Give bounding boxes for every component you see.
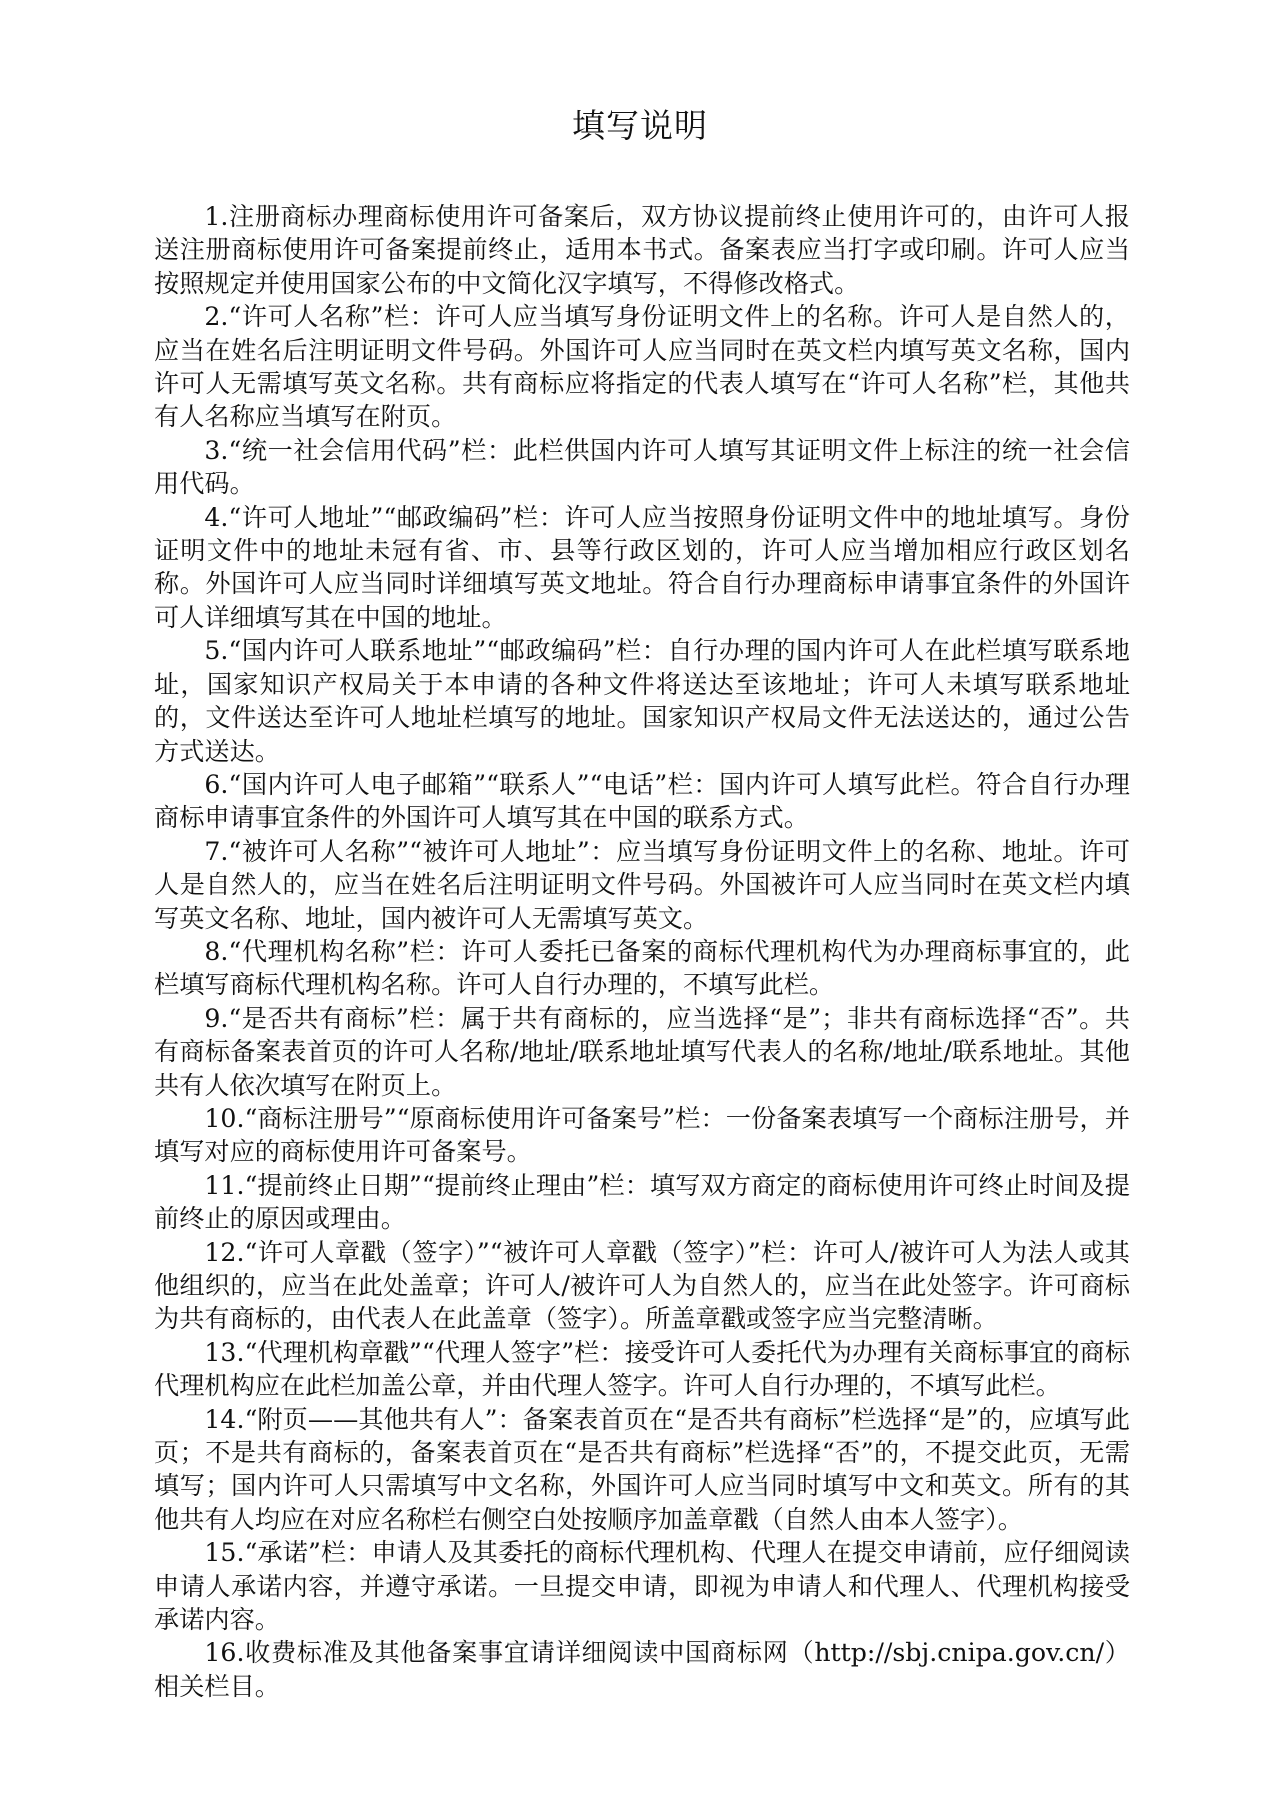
- instruction-paragraph-4: 4.“许可人地址”“邮政编码”栏：许可人应当按照身份证明文件中的地址填写。身份证…: [154, 501, 1130, 635]
- instructions-body: 1.注册商标办理商标使用许可备案后，双方协议提前终止使用许可的，由许可人报送注册…: [154, 200, 1130, 1703]
- instruction-paragraph-11: 11.“提前终止日期”“提前终止理由”栏：填写双方商定的商标使用许可终止时间及提…: [154, 1169, 1130, 1236]
- instruction-paragraph-16: 16.收费标准及其他备案事宜请详细阅读中国商标网（http://sbj.cnip…: [154, 1636, 1130, 1703]
- page-title: 填写说明: [0, 104, 1280, 148]
- instruction-paragraph-13: 13.“代理机构章戳”“代理人签字”栏：接受许可人委托代为办理有关商标事宜的商标…: [154, 1336, 1130, 1403]
- instruction-paragraph-5: 5.“国内许可人联系地址”“邮政编码”栏：自行办理的国内许可人在此栏填写联系地址…: [154, 634, 1130, 768]
- instruction-paragraph-6: 6.“国内许可人电子邮箱”“联系人”“电话”栏：国内许可人填写此栏。符合自行办理…: [154, 768, 1130, 835]
- instruction-paragraph-8: 8.“代理机构名称”栏：许可人委托已备案的商标代理机构代为办理商标事宜的，此栏填…: [154, 935, 1130, 1002]
- instruction-paragraph-10: 10.“商标注册号”“原商标使用许可备案号”栏：一份备案表填写一个商标注册号，并…: [154, 1102, 1130, 1169]
- instruction-paragraph-9: 9.“是否共有商标”栏：属于共有商标的，应当选择“是”；非共有商标选择“否”。共…: [154, 1002, 1130, 1102]
- instruction-paragraph-14: 14.“附页——其他共有人”：备案表首页在“是否共有商标”栏选择“是”的，应填写…: [154, 1403, 1130, 1537]
- instruction-paragraph-12: 12.“许可人章戳（签字）”“被许可人章戳（签字）”栏：许可人/被许可人为法人或…: [154, 1236, 1130, 1336]
- instruction-paragraph-1: 1.注册商标办理商标使用许可备案后，双方协议提前终止使用许可的，由许可人报送注册…: [154, 200, 1130, 300]
- document-page: 填写说明 1.注册商标办理商标使用许可备案后，双方协议提前终止使用许可的，由许可…: [0, 0, 1280, 1810]
- instruction-paragraph-2: 2.“许可人名称”栏：许可人应当填写身份证明文件上的名称。许可人是自然人的，应当…: [154, 300, 1130, 434]
- instruction-paragraph-15: 15.“承诺”栏：申请人及其委托的商标代理机构、代理人在提交申请前，应仔细阅读申…: [154, 1536, 1130, 1636]
- instruction-paragraph-3: 3.“统一社会信用代码”栏：此栏供国内许可人填写其证明文件上标注的统一社会信用代…: [154, 434, 1130, 501]
- instruction-paragraph-7: 7.“被许可人名称”“被许可人地址”：应当填写身份证明文件上的名称、地址。许可人…: [154, 835, 1130, 935]
